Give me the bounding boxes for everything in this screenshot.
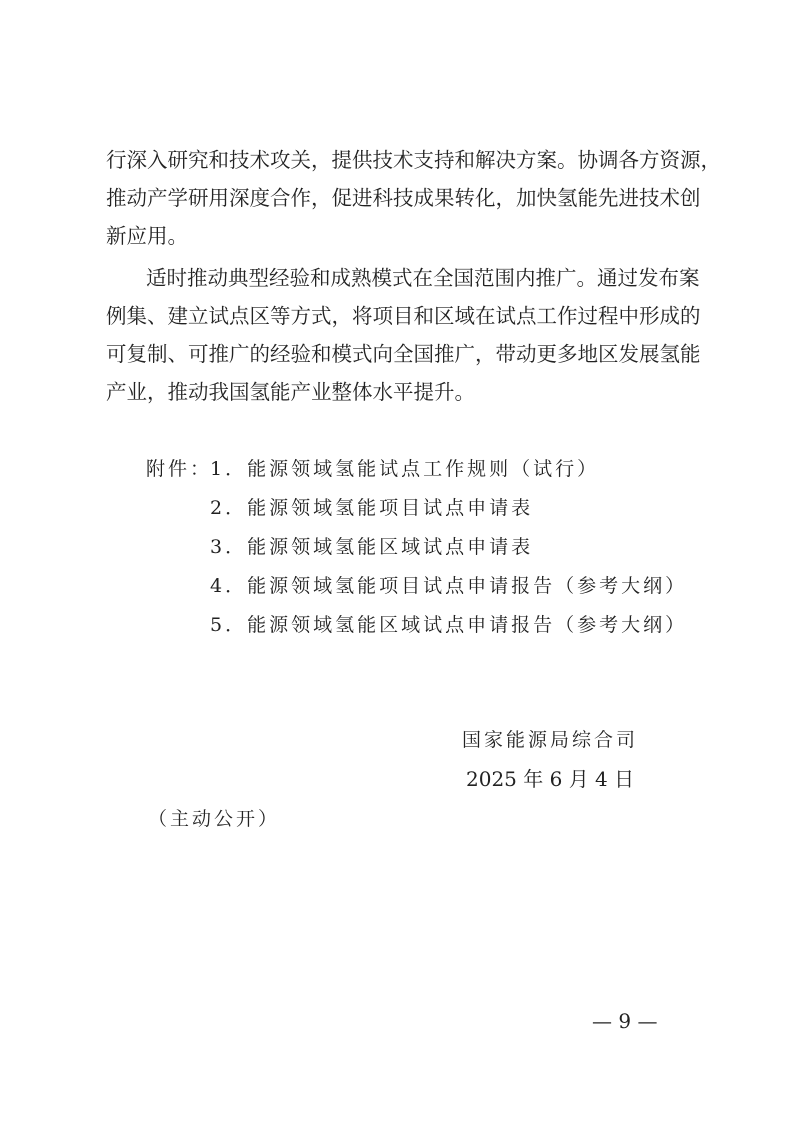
attachments-label: 附件： — [146, 456, 212, 482]
text-line: 例集、建立试点区等方式，将项目和区域在试点工作过程中形成的 — [106, 302, 696, 330]
attachment-item-5: 5．能源领域氢能区域试点申请报告（参考大纲） — [210, 612, 687, 638]
text-line: 适时推动典型经验和成熟模式在全国范围内推广。通过发布案 — [146, 264, 696, 292]
issue-date: 2025 年 6 月 4 日 — [466, 766, 634, 792]
text-line: 可复制、可推广的经验和模式向全国推广，带动更多地区发展氢能 — [106, 340, 696, 368]
text-line: 产业，推动我国氢能产业整体水平提升。 — [106, 378, 696, 406]
issuer-name: 国家能源局综合司 — [462, 727, 638, 753]
text-line: 推动产学研用深度合作，促进科技成果转化，加快氢能先进技术创 — [106, 184, 696, 212]
attachment-item-4: 4．能源领域氢能项目试点申请报告（参考大纲） — [210, 573, 687, 599]
attachment-item-1: 1．能源领域氢能试点工作规则（试行） — [210, 456, 599, 482]
attachment-item-2: 2．能源领域氢能项目试点申请表 — [210, 495, 533, 521]
attachment-item-3: 3．能源领域氢能区域试点申请表 — [210, 534, 533, 560]
text-line: 行深入研究和技术攻关，提供技术支持和解决方案。协调各方资源， — [106, 146, 696, 174]
disclosure-note: （主动公开） — [148, 806, 280, 832]
page-number: — 9 — — [592, 1008, 657, 1034]
text-line: 新应用。 — [106, 222, 696, 250]
